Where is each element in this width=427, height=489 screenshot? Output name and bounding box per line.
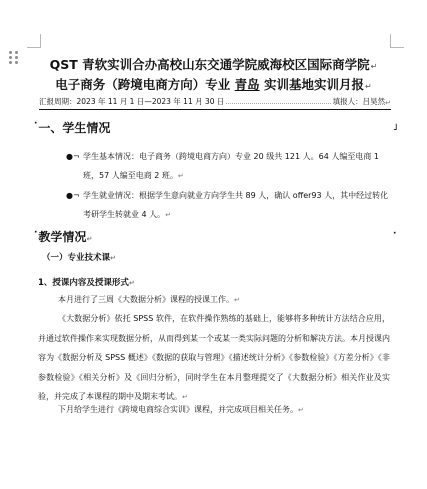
bullet-icon: ●¬ bbox=[66, 147, 80, 166]
document-title-line2: 电子商务（跨境电商方向）专业 青岛 实训基地实训月报↵ bbox=[0, 75, 427, 93]
section-heading-students: ·一、学生情况 bbox=[34, 119, 110, 136]
list-marker-dot: · bbox=[34, 228, 37, 238]
report-period-label: 汇报周期： bbox=[39, 96, 77, 107]
list-item-student-basic: ●¬ 学生基本情况：电子商务（跨境电商方向）专业 20 级共 121 人。64 … bbox=[66, 147, 396, 186]
list-marker-dot: · bbox=[34, 119, 37, 129]
title-line2-prefix: 电子商务（跨境电商方向）专业 bbox=[55, 77, 230, 92]
end-of-cell-mark: ˩ bbox=[393, 123, 398, 133]
reporter-label: 填报人： bbox=[333, 96, 363, 107]
title-line1-text: QST 青软实训合办高校山东交通学院威海校区国际商学院 bbox=[50, 57, 370, 72]
end-of-cell-mark: · bbox=[393, 229, 396, 239]
page-corner-mark-top-left bbox=[27, 34, 41, 48]
section-heading-teaching: ·教学情况↵ bbox=[34, 228, 92, 245]
list-item-text: 学生就业情况：根据学生意向就业方向学生共 89 人，确认 offer93 人，其… bbox=[66, 186, 396, 225]
paragraph-mark: ↵ bbox=[86, 235, 92, 243]
paragraph-course-intro: 本月进行了三周《大数据分析》课程的授课工作。↵ bbox=[38, 290, 390, 311]
list-item-student-employment: ●¬ 学生就业情况：根据学生意向就业方向学生共 89 人，确认 offer93 … bbox=[66, 186, 396, 225]
bullet-icon: ●¬ bbox=[66, 186, 80, 205]
paragraph-mark: ↵ bbox=[365, 82, 372, 91]
document-title-line1: QST 青软实训合办高校山东交通学院威海校区国际商学院↵ bbox=[0, 55, 427, 73]
paragraph-mark: ↵ bbox=[371, 62, 378, 71]
paragraph-mark: ↵ bbox=[385, 99, 391, 107]
title-line2-suffix: 实训基地实训月报 bbox=[264, 77, 364, 92]
report-period-value: 2023 年 11 月 1 日—2023 年 11 月 30 日 bbox=[77, 96, 225, 107]
section2-heading-text: 教学情况 bbox=[38, 230, 86, 244]
paragraph-next-month: 下月给学生进行《跨境电商综合实训》课程，并完成项目相关任务。↵ bbox=[38, 400, 390, 421]
item-heading-teaching-content: 1、授课内容及授课形式↵ bbox=[38, 276, 135, 288]
page-corner-mark-top-right bbox=[390, 34, 404, 48]
report-meta-line: 汇报周期： 2023 年 11 月 1 日—2023 年 11 月 30 日 填… bbox=[39, 96, 391, 110]
list-item-text: 学生基本情况：电子商务（跨境电商方向）专业 20 级共 121 人。64 人编至… bbox=[66, 147, 396, 186]
reporter-name: 吕昊然 bbox=[363, 96, 386, 107]
section1-heading-text: 一、学生情况 bbox=[38, 121, 110, 135]
dotted-leader bbox=[226, 103, 330, 104]
subheading-professional-course: （一）专业技术课↵ bbox=[42, 251, 116, 263]
paragraph-course-details: 《大数据分析》依托 SPSS 软件，在软件操作熟练的基础上，能够将多种统计方法结… bbox=[38, 309, 390, 408]
title-line2-city: 青岛 bbox=[235, 77, 260, 92]
